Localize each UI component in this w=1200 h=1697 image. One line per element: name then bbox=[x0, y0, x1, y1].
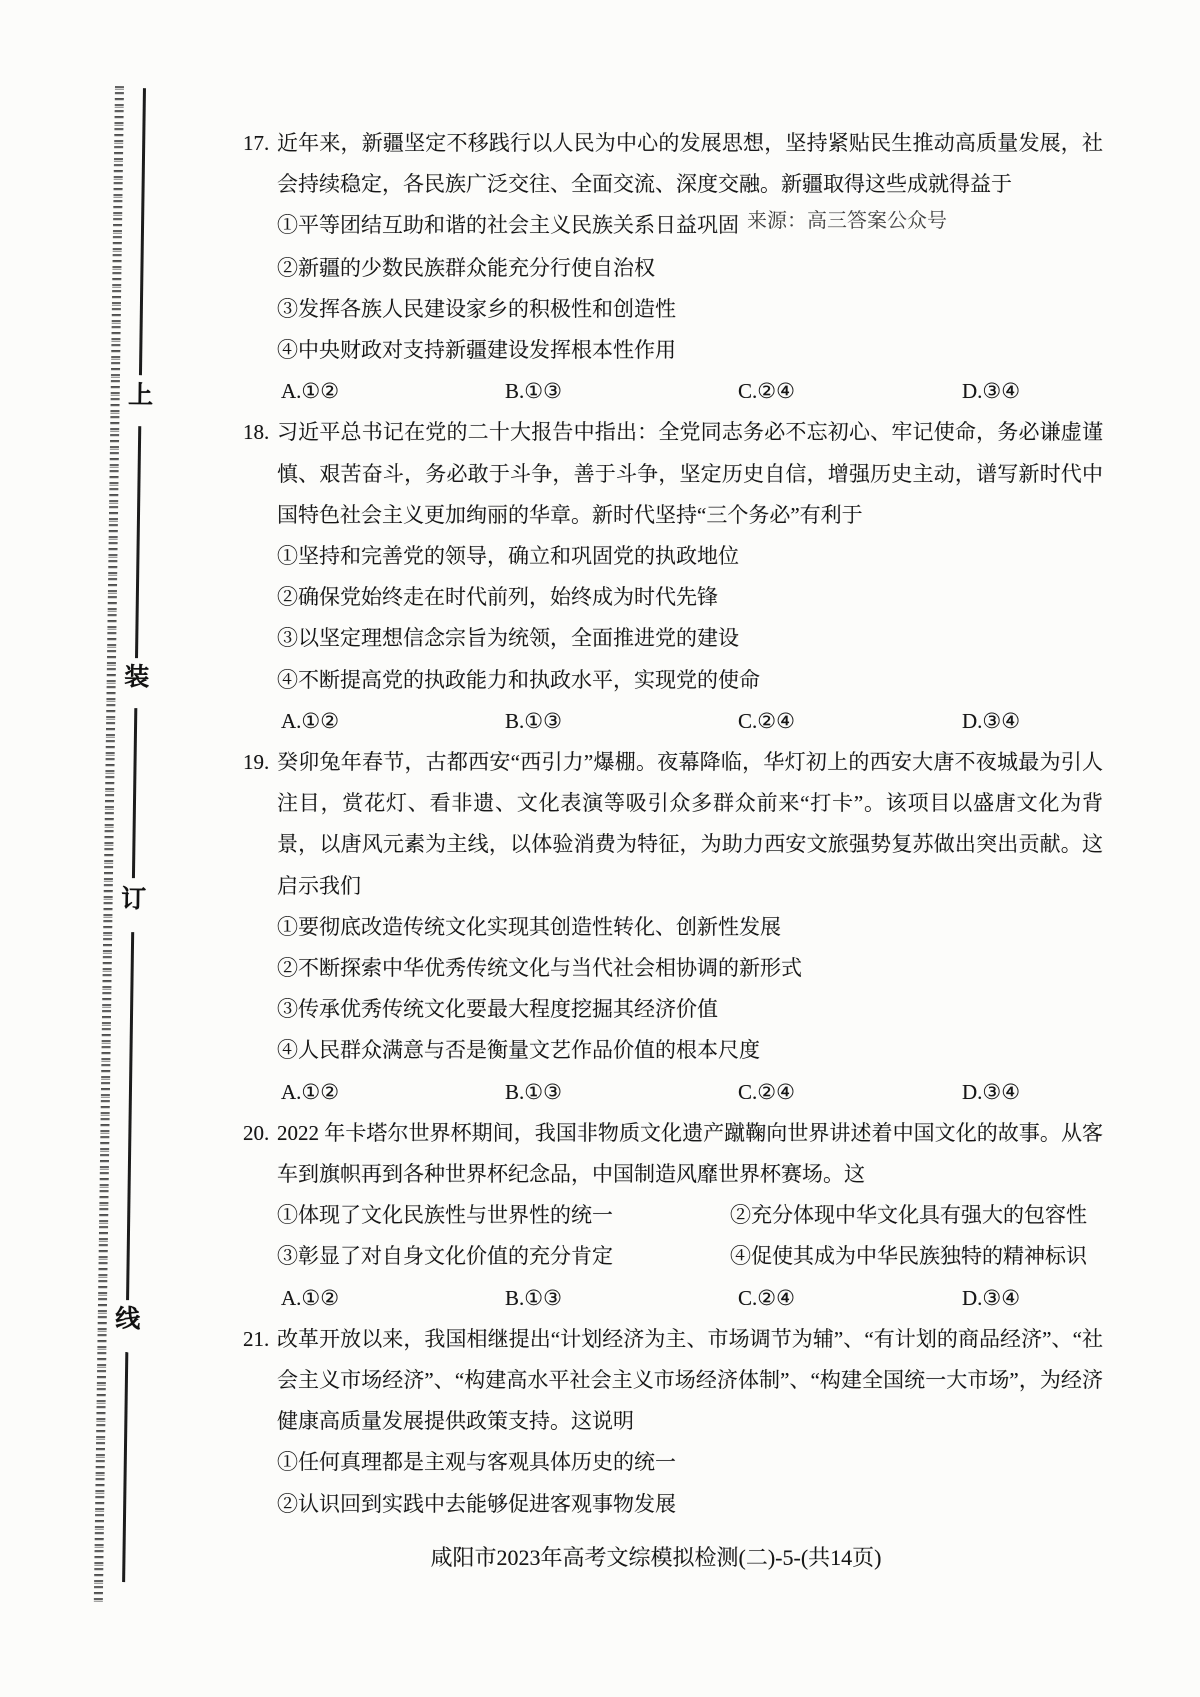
question-options: A.①②B.①③C.②④D.③④ bbox=[277, 1278, 1103, 1319]
question-item-text: ④人民群众满意与否是衡量文艺作品价值的根本尺度 bbox=[277, 1038, 760, 1062]
option-c: C.②④ bbox=[738, 1072, 795, 1113]
question-item: ③发挥各族人民建设家乡的积极性和创造性 bbox=[277, 289, 1103, 330]
binding-label-shang: 上 bbox=[125, 382, 155, 410]
question-block: 21. 改革开放以来，我国相继提出“计划经济为主、市场调节为辅”、“有计划的商品… bbox=[243, 1319, 1103, 1525]
option-a: A.①② bbox=[281, 1278, 339, 1319]
question-block: 17. 近年来，新疆坚定不移践行以人民为中心的发展思想，坚持紧贴民生推动高质量发… bbox=[243, 123, 1103, 412]
question-item: ④不断提高党的执政能力和执政水平，实现党的使命 bbox=[277, 660, 1103, 701]
question-item-text: ③发挥各族人民建设家乡的积极性和创造性 bbox=[277, 297, 676, 321]
question-item-text: ③以坚定理想信念宗旨为统领，全面推进党的建设 bbox=[277, 626, 739, 650]
question-item-text: ①平等团结互助和谐的社会主义民族关系日益巩固 bbox=[277, 213, 739, 237]
question-item: ②确保党始终走在时代前列，始终成为时代先锋 bbox=[277, 577, 1103, 618]
binding-line-segment bbox=[139, 88, 146, 375]
question-item: ②不断探索中华优秀传统文化与当代社会相协调的新形式 bbox=[277, 948, 1103, 989]
option-c: C.②④ bbox=[738, 1278, 795, 1319]
question-item: ④中央财政对支持新疆建设发挥根本性作用 bbox=[277, 330, 1103, 371]
question-item: ③传承优秀传统文化要最大程度挖掘其经济价值 bbox=[277, 989, 1103, 1030]
binding-label-ding: 订 bbox=[118, 886, 148, 914]
answer-source-watermark: 来源：高三答案公众号 bbox=[747, 201, 947, 242]
binding-label-zhuang: 装 bbox=[122, 664, 152, 692]
binding-line-segment bbox=[135, 426, 141, 658]
question-item-text: ①坚持和完善党的领导，确立和巩固党的执政地位 bbox=[277, 544, 739, 568]
question-item-text: ④不断提高党的执政能力和执政水平，实现党的使命 bbox=[277, 668, 760, 692]
question-stem: 习近平总书记在党的二十大报告中指出：全党同志务必不忘初心、牢记使命，务必谦虚谨慎… bbox=[277, 412, 1103, 536]
question-item-text: ④促使其成为中华民族独特的精神标识 bbox=[730, 1244, 1087, 1268]
question-item-text: ③传承优秀传统文化要最大程度挖掘其经济价值 bbox=[277, 997, 718, 1021]
question-item-text: ③彰显了对自身文化价值的充分肯定 bbox=[277, 1244, 613, 1268]
question-item: ①要彻底改造传统文化实现其创造性转化、创新性发展 bbox=[277, 907, 1103, 948]
question-stem: 近年来，新疆坚定不移践行以人民为中心的发展思想，坚持紧贴民生推动高质量发展，社会… bbox=[277, 123, 1103, 205]
scanned-exam-page: 上 装 订 线 17. 近年来，新疆坚定不移践行以人民为中心的发展思想，坚持紧贴… bbox=[0, 0, 1200, 1697]
question-items: ①坚持和完善党的领导，确立和巩固党的执政地位②确保党始终走在时代前列，始终成为时… bbox=[277, 536, 1103, 701]
question-item: ④促使其成为中华民族独特的精神标识 bbox=[730, 1236, 1103, 1277]
binding-label-xian: 线 bbox=[113, 1306, 143, 1334]
question-block: 20. 2022 年卡塔尔世界杯期间，我国非物质文化遗产蹴鞠向世界讲述着中国文化… bbox=[243, 1113, 1103, 1319]
question-block: 18. 习近平总书记在党的二十大报告中指出：全党同志务必不忘初心、牢记使命，务必… bbox=[243, 412, 1103, 742]
option-d: D.③④ bbox=[962, 371, 1020, 412]
question-item: ②认识回到实践中去能够促进客观事物发展 bbox=[277, 1484, 1103, 1525]
question-item: ①任何真理都是主观与客观具体历史的统一 bbox=[277, 1442, 1103, 1483]
option-b: B.①③ bbox=[505, 1278, 562, 1319]
question-stem: 2022 年卡塔尔世界杯期间，我国非物质文化遗产蹴鞠向世界讲述着中国文化的故事。… bbox=[277, 1113, 1103, 1195]
question-item-text: ②不断探索中华优秀传统文化与当代社会相协调的新形式 bbox=[277, 956, 802, 980]
question-item: ①平等团结互助和谐的社会主义民族关系日益巩固来源：高三答案公众号 bbox=[277, 205, 1103, 247]
option-b: B.①③ bbox=[505, 371, 562, 412]
question-number: 18. bbox=[243, 412, 269, 453]
option-a: A.①② bbox=[281, 371, 339, 412]
question-number: 19. bbox=[243, 742, 269, 783]
option-b: B.①③ bbox=[505, 701, 562, 742]
question-items: ①平等团结互助和谐的社会主义民族关系日益巩固来源：高三答案公众号②新疆的少数民族… bbox=[277, 205, 1103, 371]
question-item-text: ④中央财政对支持新疆建设发挥根本性作用 bbox=[277, 338, 676, 362]
question-options: A.①②B.①③C.②④D.③④ bbox=[277, 1072, 1103, 1113]
question-stem: 改革开放以来，我国相继提出“计划经济为主、市场调节为辅”、“有计划的商品经济”、… bbox=[277, 1319, 1103, 1443]
question-block: 19. 癸卯兔年春节，古都西安“西引力”爆棚。夜幕降临，华灯初上的西安大唐不夜城… bbox=[243, 742, 1103, 1113]
option-c: C.②④ bbox=[738, 701, 795, 742]
question-items: ①体现了文化民族性与世界性的统一②充分体现中华文化具有强大的包容性③彰显了对自身… bbox=[277, 1195, 1103, 1277]
option-a: A.①② bbox=[281, 701, 339, 742]
option-b: B.①③ bbox=[505, 1072, 562, 1113]
option-c: C.②④ bbox=[738, 371, 795, 412]
question-options: A.①②B.①③C.②④D.③④ bbox=[277, 701, 1103, 742]
page-footer: 咸阳市2023年高考文综模拟检测(二)-5-(共14页) bbox=[243, 1541, 1069, 1572]
question-number: 20. bbox=[243, 1113, 269, 1154]
question-item-text: ②充分体现中华文化具有强大的包容性 bbox=[730, 1203, 1087, 1227]
question-item-text: ②确保党始终走在时代前列，始终成为时代先锋 bbox=[277, 585, 718, 609]
question-options: A.①②B.①③C.②④D.③④ bbox=[277, 371, 1103, 412]
binding-line-segment bbox=[122, 1352, 128, 1582]
question-item: ④人民群众满意与否是衡量文艺作品价值的根本尺度 bbox=[277, 1030, 1103, 1071]
question-item: ①体现了文化民族性与世界性的统一 bbox=[277, 1195, 730, 1236]
question-items: ①要彻底改造传统文化实现其创造性转化、创新性发展②不断探索中华优秀传统文化与当代… bbox=[277, 907, 1103, 1072]
question-number: 17. bbox=[243, 123, 269, 164]
question-item: ③以坚定理想信念宗旨为统领，全面推进党的建设 bbox=[277, 618, 1103, 659]
option-d: D.③④ bbox=[962, 701, 1020, 742]
question-item-text: ①任何真理都是主观与客观具体历史的统一 bbox=[277, 1450, 676, 1474]
question-items: ①任何真理都是主观与客观具体历史的统一②认识回到实践中去能够促进客观事物发展 bbox=[277, 1442, 1103, 1524]
question-item: ③彰显了对自身文化价值的充分肯定 bbox=[277, 1236, 730, 1277]
questions: 17. 近年来，新疆坚定不移践行以人民为中心的发展思想，坚持紧贴民生推动高质量发… bbox=[243, 123, 1103, 1525]
question-item-text: ①要彻底改造传统文化实现其创造性转化、创新性发展 bbox=[277, 915, 781, 939]
question-item-text: ②新疆的少数民族群众能充分行使自治权 bbox=[277, 256, 655, 280]
binding-line-segment bbox=[126, 932, 134, 1300]
question-number: 21. bbox=[243, 1319, 269, 1360]
question-item: ②充分体现中华文化具有强大的包容性 bbox=[730, 1195, 1103, 1236]
binding-line-segment bbox=[132, 708, 137, 878]
question-item-text: ①体现了文化民族性与世界性的统一 bbox=[277, 1203, 613, 1227]
option-a: A.①② bbox=[281, 1072, 339, 1113]
option-d: D.③④ bbox=[962, 1072, 1020, 1113]
option-d: D.③④ bbox=[962, 1278, 1020, 1319]
question-item: ①坚持和完善党的领导，确立和巩固党的执政地位 bbox=[277, 536, 1103, 577]
question-item: ②新疆的少数民族群众能充分行使自治权 bbox=[277, 248, 1103, 289]
question-stem: 癸卯兔年春节，古都西安“西引力”爆棚。夜幕降临，华灯初上的西安大唐不夜城最为引人… bbox=[277, 742, 1103, 907]
question-item-text: ②认识回到实践中去能够促进客观事物发展 bbox=[277, 1492, 676, 1516]
